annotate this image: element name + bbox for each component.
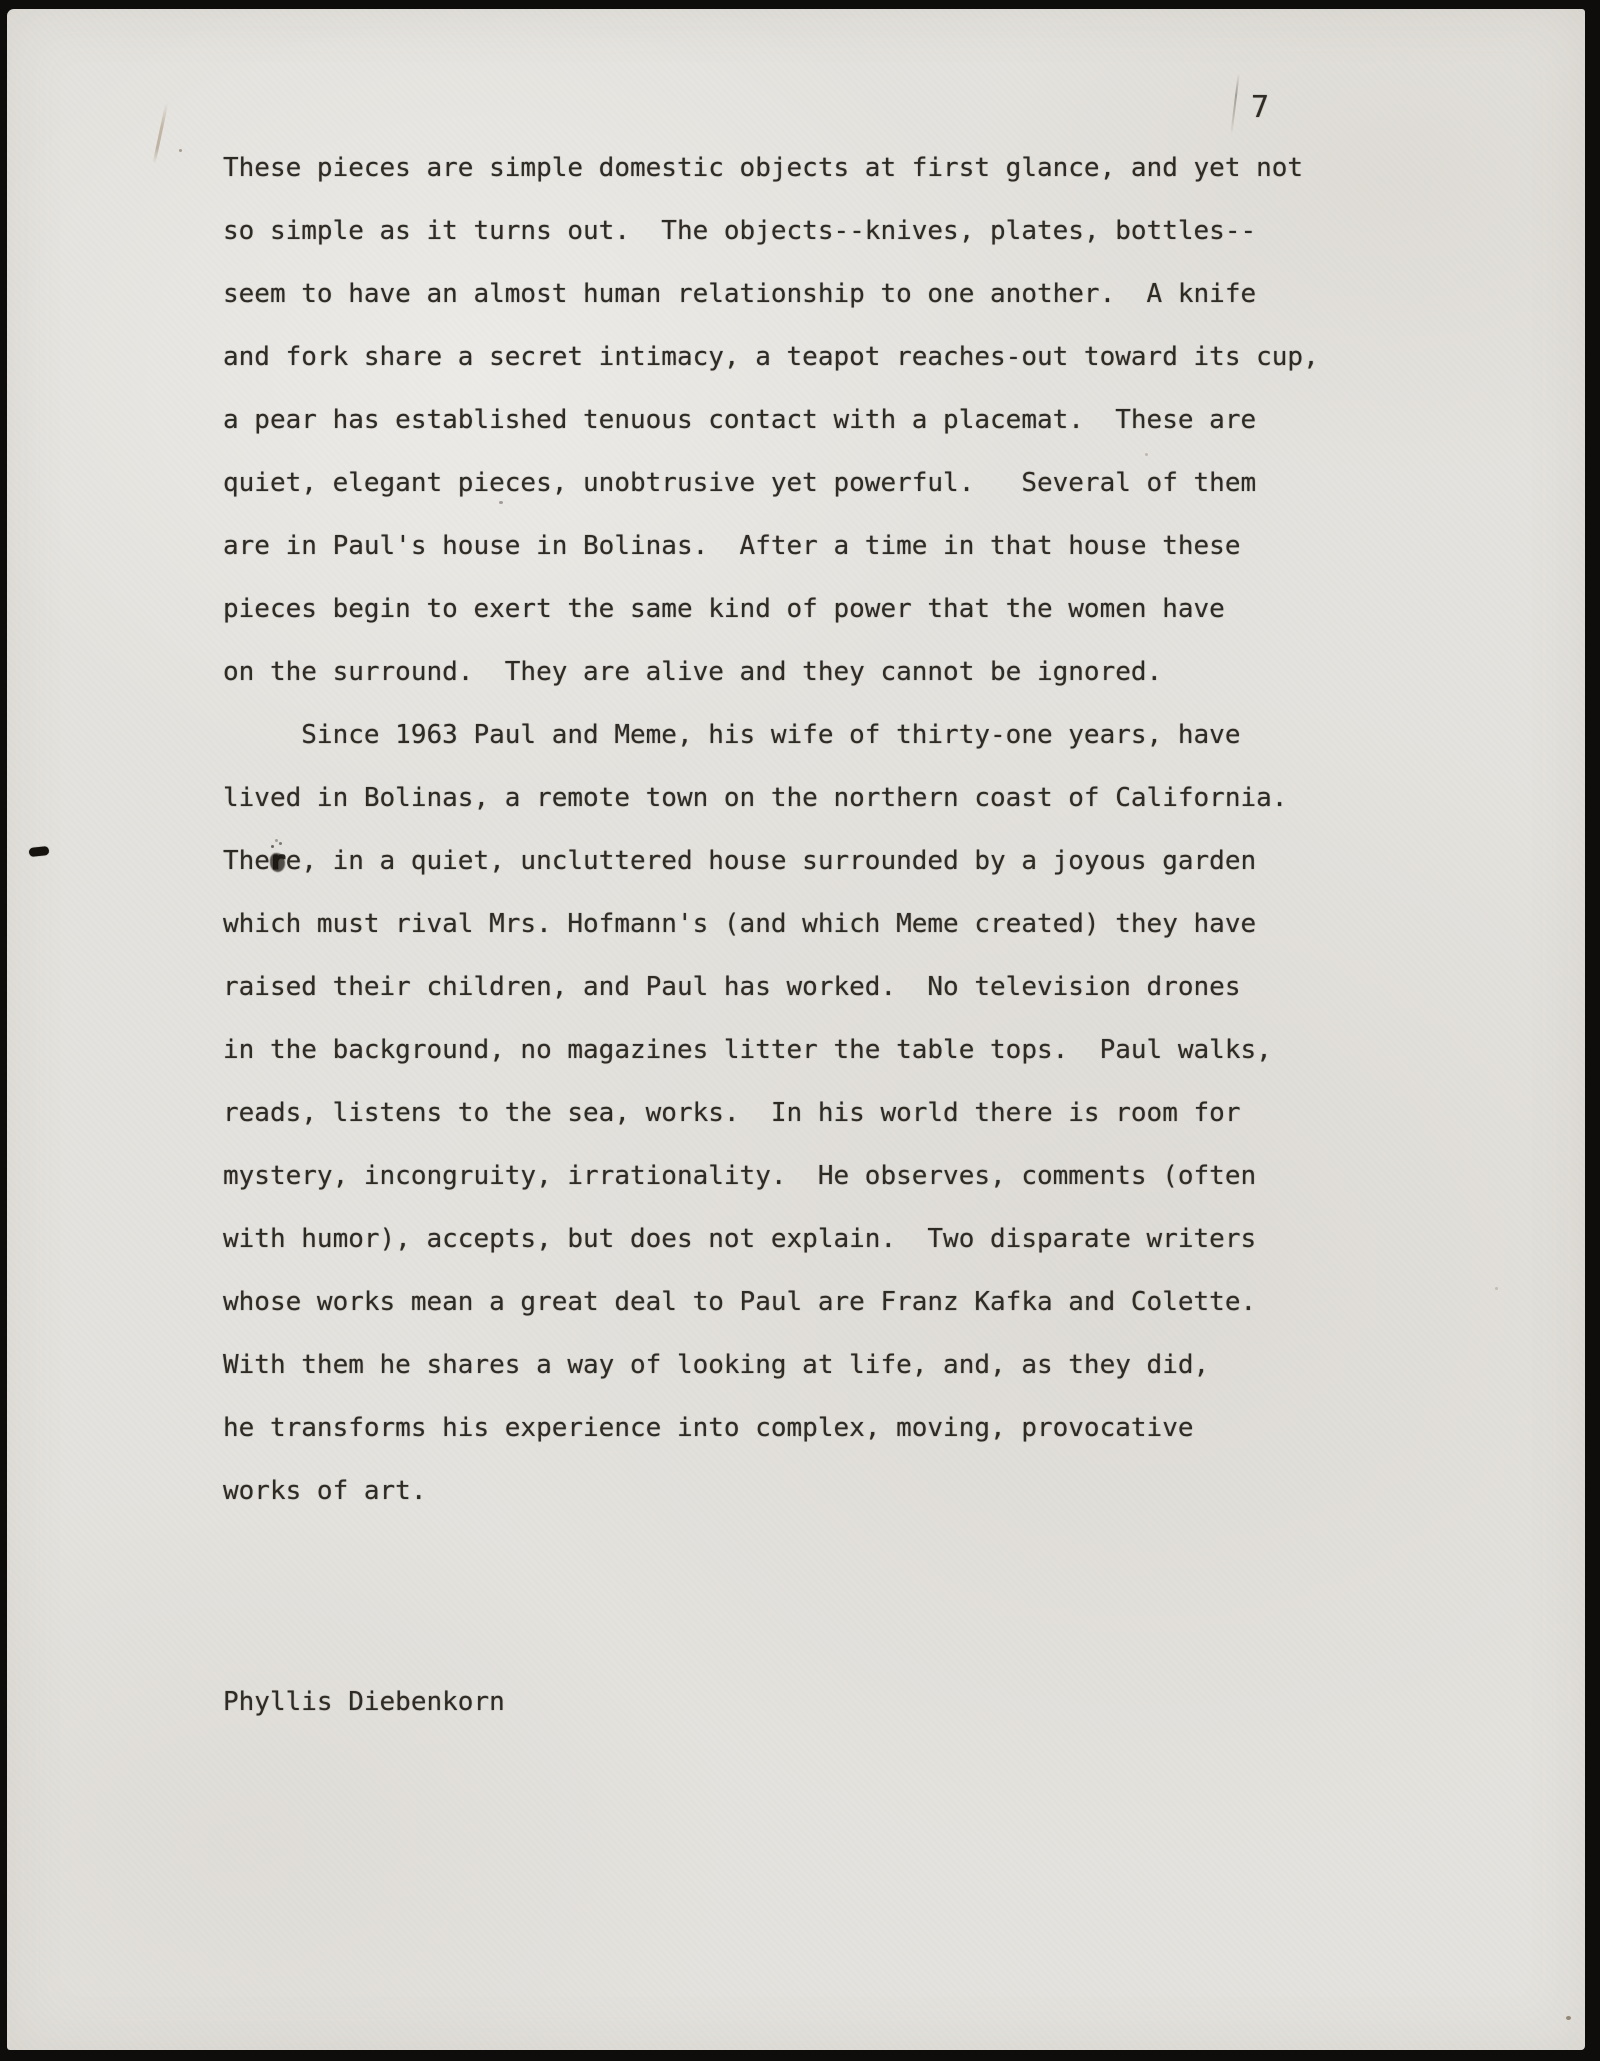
typed-text-block: These pieces are simple domestic objects… bbox=[223, 137, 1319, 1523]
overstrike-correction-mark: r bbox=[270, 846, 286, 876]
typed-line: in the background, no magazines litter t… bbox=[223, 1019, 1319, 1082]
typed-line-segment: The bbox=[223, 846, 270, 876]
typed-line: he transforms his experience into comple… bbox=[223, 1397, 1319, 1460]
paper-speck bbox=[1145, 453, 1148, 456]
typed-line: quiet, elegant pieces, unobtrusive yet p… bbox=[223, 452, 1319, 515]
author-signature-line: Phyllis Diebenkorn bbox=[223, 1671, 505, 1734]
typed-line-segment: e, in a quiet, uncluttered house surroun… bbox=[286, 846, 1257, 876]
typed-line: Since 1963 Paul and Meme, his wife of th… bbox=[223, 704, 1319, 767]
typed-line: a pear has established tenuous contact w… bbox=[223, 389, 1319, 452]
typed-line-with-overstrike: There, in a quiet, uncluttered house sur… bbox=[223, 830, 1319, 893]
typed-line: With them he shares a way of looking at … bbox=[223, 1334, 1319, 1397]
paper-speck bbox=[1495, 1287, 1498, 1290]
typed-line: lived in Bolinas, a remote town on the n… bbox=[223, 767, 1319, 830]
paragraph-2: Since 1963 Paul and Meme, his wife of th… bbox=[223, 704, 1319, 1523]
typed-line: These pieces are simple domestic objects… bbox=[223, 137, 1319, 200]
typed-line: pieces begin to exert the same kind of p… bbox=[223, 578, 1319, 641]
paper-speck bbox=[1566, 2016, 1571, 2020]
typed-line: and fork share a secret intimacy, a teap… bbox=[223, 326, 1319, 389]
typed-line: which must rival Mrs. Hofmann's (and whi… bbox=[223, 893, 1319, 956]
typed-line: mystery, incongruity, irrationality. He … bbox=[223, 1145, 1319, 1208]
typed-line: seem to have an almost human relationshi… bbox=[223, 263, 1319, 326]
page-number: 7 bbox=[1251, 90, 1269, 126]
typed-line: works of art. bbox=[223, 1460, 1319, 1523]
typed-line: with humor), accepts, but does not expla… bbox=[223, 1208, 1319, 1271]
scanned-document-page: 7 These pieces are simple domestic objec… bbox=[0, 0, 1600, 2061]
typed-line: on the surround. They are alive and they… bbox=[223, 641, 1319, 704]
paragraph-1: These pieces are simple domestic objects… bbox=[223, 137, 1319, 704]
paper-sheet: 7 These pieces are simple domestic objec… bbox=[7, 9, 1585, 2050]
scratch-mark bbox=[1230, 73, 1240, 135]
typed-line: whose works mean a great deal to Paul ar… bbox=[223, 1271, 1319, 1334]
typed-line: so simple as it turns out. The objects--… bbox=[223, 200, 1319, 263]
paper-speck bbox=[499, 501, 503, 504]
typed-line: reads, listens to the sea, works. In his… bbox=[223, 1082, 1319, 1145]
paper-fiber-mark bbox=[153, 102, 169, 163]
paper-speck bbox=[179, 149, 182, 152]
typed-line: are in Paul's house in Bolinas. After a … bbox=[223, 515, 1319, 578]
typed-line: raised their children, and Paul has work… bbox=[223, 956, 1319, 1019]
